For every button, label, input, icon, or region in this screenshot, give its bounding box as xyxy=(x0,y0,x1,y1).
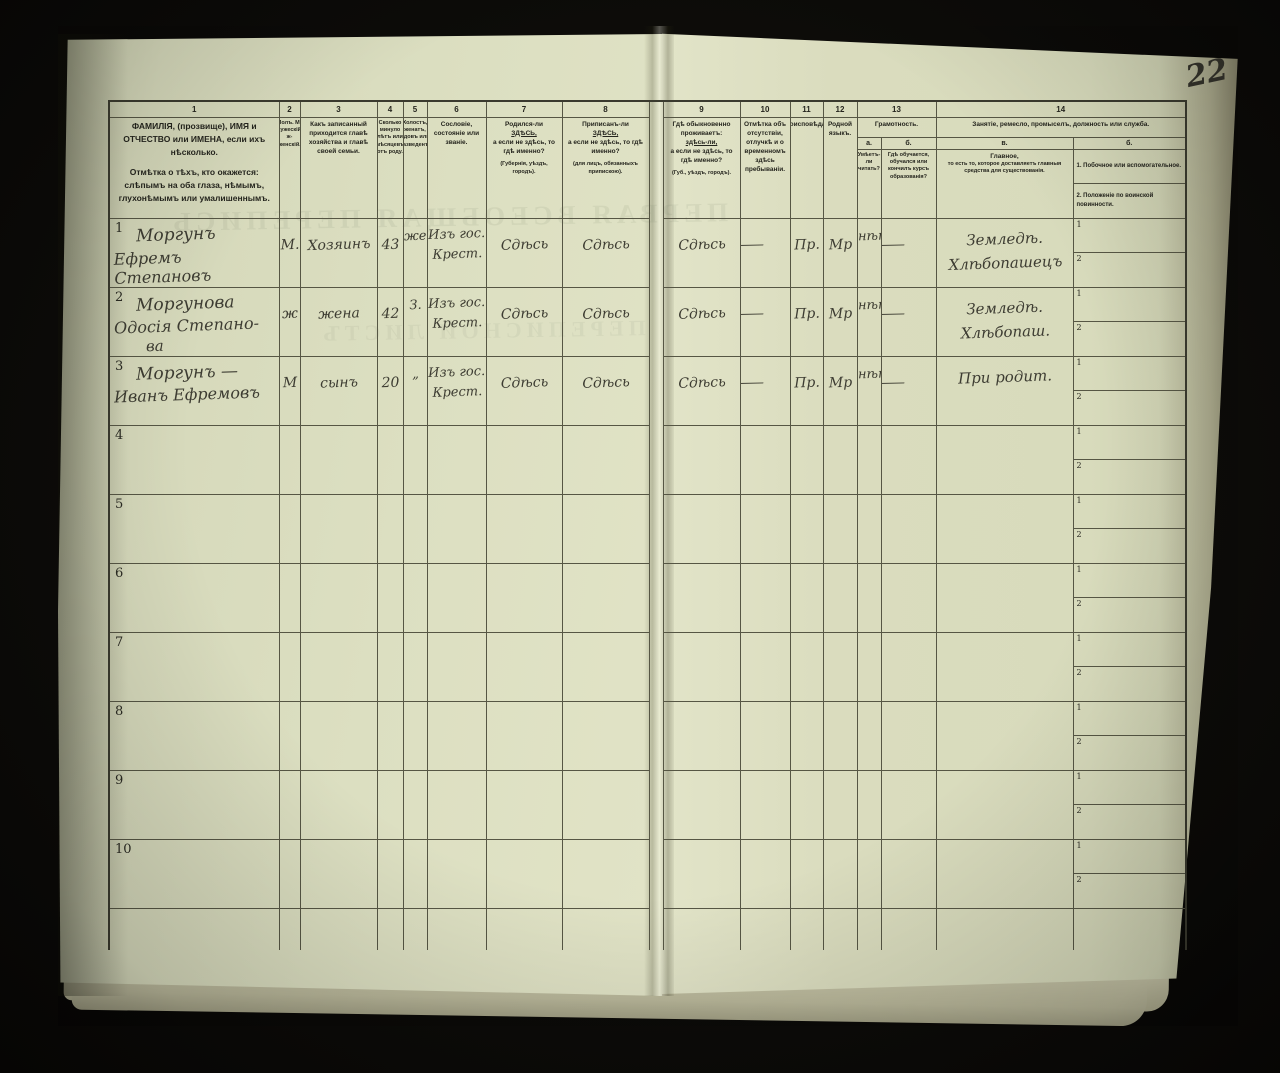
header-registration-text: Приписанъ-ли xyxy=(582,120,629,129)
table-row-empty: 10 1 2 xyxy=(109,839,1186,908)
column-number-5: 5 xyxy=(403,101,427,117)
header-birthplace-text: Родился-ли xyxy=(505,120,543,129)
cell-name: 7 xyxy=(109,632,279,701)
cell-occupation: При родит. xyxy=(936,356,1073,425)
cell-name: 6 xyxy=(109,563,279,632)
cell-side-occupation: 1 2 xyxy=(1073,632,1186,701)
fold-gap xyxy=(649,218,663,287)
cell-age: 42 xyxy=(377,287,403,356)
faith-entry: Пр. xyxy=(790,305,823,322)
header-residence-note: (Губ., уѣздъ, городъ). xyxy=(672,170,731,178)
header-birthplace-here: ЗДѢСЬ, xyxy=(511,129,537,138)
cell-age: 43 xyxy=(377,218,403,287)
cell-language: Мр xyxy=(823,287,857,356)
header-registration: Приписанъ-ли ЗДѢСЬ, а если не здѣсь, то … xyxy=(562,117,649,218)
fold-gap xyxy=(649,563,663,632)
age-entry: 42 xyxy=(377,305,403,322)
fold-gap xyxy=(649,101,663,218)
estate-entry: Изъ гос.Крест. xyxy=(427,292,486,333)
cell-registration: Сдѣсь xyxy=(562,287,649,356)
table-row-empty: 5 1 2 xyxy=(109,494,1186,563)
marital-entry: „ xyxy=(403,366,427,382)
age-entry: 43 xyxy=(377,236,403,253)
header-birthplace-rest: а если не здѣсь, то гдѣ именно? xyxy=(489,138,560,156)
row-number: 4 xyxy=(115,428,123,443)
cell-sex: ж xyxy=(279,287,300,356)
cell-name: 9 xyxy=(109,770,279,839)
header-age: Сколько минуло лѣтъ или мѣсяцевъ отъ род… xyxy=(377,117,403,218)
cell-registration: Сдѣсь xyxy=(562,218,649,287)
column-number-8: 8 xyxy=(562,101,649,117)
cell-estate: Изъ гос.Крест. xyxy=(427,218,486,287)
header-residence-here: здѣсь-ли, xyxy=(686,138,718,147)
estate-entry: Изъ гос.Крест. xyxy=(427,361,486,402)
column-number-3: 3 xyxy=(300,101,377,117)
sub-cell-1: 1 xyxy=(1077,772,1082,781)
header-language: Родной языкъ. xyxy=(823,117,857,218)
column-number-6: 6 xyxy=(427,101,486,117)
relation-entry: жена xyxy=(300,304,377,323)
surname-handwritten: Моргунъ xyxy=(136,223,216,246)
occupation-entry: Земледѣ.Хлѣбопашецъ xyxy=(936,224,1073,277)
header-row: ФАМИЛІЯ, (прозвище), ИМЯ и ОТЧЕСТВО или … xyxy=(109,117,1186,137)
cell-marital: жен. xyxy=(403,218,427,287)
header-sex: Полъ. М-мужескій, ж-женскій. xyxy=(279,117,300,218)
cell-faith: Пр. xyxy=(790,287,823,356)
header-registration-note: (для лицъ, обязанныхъ припискою). xyxy=(565,161,647,176)
sub-cell-2: 2 xyxy=(1077,461,1082,470)
given-name-handwritten: Иванъ Ефремовъ xyxy=(114,382,260,406)
sub-cell-2: 2 xyxy=(1077,392,1082,401)
cell-name: 5 xyxy=(109,494,279,563)
header-letter-13b: б. xyxy=(881,137,936,149)
header-side-occupation-1: 1. Побочное или вспомогательное. xyxy=(1074,150,1186,183)
fold-gap xyxy=(649,425,663,494)
surname-handwritten: Моргунова xyxy=(136,292,235,315)
cell-side-occupation: 1 2 xyxy=(1073,287,1186,356)
fold-gap xyxy=(649,770,663,839)
header-main-occupation-title: Главное, xyxy=(990,152,1018,161)
cell-birthplace: Сдѣсь xyxy=(486,287,562,356)
cell-residence: Сдѣсь xyxy=(663,287,740,356)
cell-side-occupation: 1 2 xyxy=(1073,218,1186,287)
cell-name: 2 Моргунова Одосія Степано- ва xyxy=(109,287,279,356)
column-number-7: 7 xyxy=(486,101,562,117)
column-number-9: 9 xyxy=(663,101,740,117)
literacy-entry: нѣтъ xyxy=(857,228,881,244)
sub-cell-2: 2 xyxy=(1077,530,1082,539)
cell-occupation: Земледѣ.Хлѣбопашецъ xyxy=(936,218,1073,287)
cell-estate: Изъ гос.Крест. xyxy=(427,356,486,425)
occupation-entry: Земледѣ.Хлѣбопаш. xyxy=(936,293,1073,346)
literacy-entry: нѣтъ xyxy=(857,366,881,382)
column-number-10: 10 xyxy=(740,101,790,117)
column-number-11: 11 xyxy=(790,101,823,117)
header-education: Гдѣ обучается, обучался или кончилъ курс… xyxy=(881,149,936,218)
birthplace-entry: Сдѣсь xyxy=(486,304,562,323)
education-entry: — xyxy=(881,374,906,391)
header-main-occupation-text: то есть то, которое доставляетъ главныя … xyxy=(939,161,1071,176)
fold-gap xyxy=(649,632,663,701)
header-name-text: ФАМИЛІЯ, (прозвище), ИМЯ и ОТЧЕСТВО или … xyxy=(118,120,271,160)
sex-entry: М. xyxy=(279,236,300,253)
cell-name: 10 xyxy=(109,839,279,908)
sub-cell-2: 2 xyxy=(1077,668,1082,677)
cell-occupation: Земледѣ.Хлѣбопаш. xyxy=(936,287,1073,356)
table-row-empty: 8 1 2 xyxy=(109,701,1186,770)
row-number: 10 xyxy=(115,842,132,857)
age-entry: 20 xyxy=(377,374,403,391)
cell-residence: Сдѣсь xyxy=(663,356,740,425)
row-number: 5 xyxy=(115,497,123,512)
header-residence: Гдѣ обыкновенно проживаетъ: здѣсь-ли, а … xyxy=(663,117,740,218)
fold-gap xyxy=(649,287,663,356)
residence-entry: Сдѣсь xyxy=(663,304,740,323)
table-row: 3 Моргунъ — Иванъ Ефремовъ М сынъ 20 „ И… xyxy=(109,356,1186,425)
row-number: 2 xyxy=(115,290,123,305)
faith-entry: Пр. xyxy=(790,374,823,391)
column-number-4: 4 xyxy=(377,101,403,117)
cell-faith: Пр. xyxy=(790,356,823,425)
fold-gap xyxy=(649,701,663,770)
cell-side-occupation: 1 2 xyxy=(1073,356,1186,425)
cell-side-occupation: 1 2 xyxy=(1073,563,1186,632)
residence-entry: Сдѣсь xyxy=(663,235,740,254)
sub-cell-1: 1 xyxy=(1077,220,1082,229)
given-name-handwritten: Одосія Степано- xyxy=(114,313,260,337)
sub-cell-1: 1 xyxy=(1077,565,1082,574)
row-number: 1 xyxy=(115,221,123,236)
cell-sex: М xyxy=(279,356,300,425)
sub-cell-1: 1 xyxy=(1077,841,1082,850)
name-continuation: ва xyxy=(146,336,164,355)
registration-entry: Сдѣсь xyxy=(562,304,649,323)
cell-name: 3 Моргунъ — Иванъ Ефремовъ xyxy=(109,356,279,425)
sex-entry: М xyxy=(279,374,300,391)
table-row-empty: 6 1 2 xyxy=(109,563,1186,632)
sub-cell-2: 2 xyxy=(1077,599,1082,608)
marital-entry: З. xyxy=(403,297,427,313)
sub-cell-2: 2 xyxy=(1077,806,1082,815)
education-entry: — xyxy=(881,305,906,322)
registration-entry: Сдѣсь xyxy=(562,373,649,392)
cell-estate: Изъ гос.Крест. xyxy=(427,287,486,356)
cell-side-occupation: 1 2 xyxy=(1073,701,1186,770)
cell-can-read: нѣтъ xyxy=(857,287,881,356)
cell-marital: „ xyxy=(403,356,427,425)
cell-birthplace: Сдѣсь xyxy=(486,218,562,287)
cell-absence: — xyxy=(740,287,790,356)
header-relation: Какъ записанный приходится главѣ хозяйст… xyxy=(300,117,377,218)
language-entry: Мр xyxy=(823,305,857,322)
literacy-entry: нѣтъ xyxy=(857,297,881,313)
sub-cell-1: 1 xyxy=(1077,634,1082,643)
cell-education: — xyxy=(881,356,936,425)
cell-language: Мр xyxy=(823,218,857,287)
sub-cell-1: 1 xyxy=(1077,358,1082,367)
header-can-read: Умѣетъ-ли читать? xyxy=(857,149,881,218)
census-table: 1 2 3 4 5 6 7 8 9 10 11 12 13 14 ФАМИЛІЯ… xyxy=(108,100,1187,950)
column-number-14: 14 xyxy=(936,101,1186,117)
header-occupation: Занятіе, ремесло, промыселъ, должность и… xyxy=(936,117,1186,137)
cell-birthplace: Сдѣсь xyxy=(486,356,562,425)
cell-name: 1 Моргунъ Ефремъ Степановъ xyxy=(109,218,279,287)
absence-entry: — xyxy=(740,236,765,253)
sub-cell-2: 2 xyxy=(1077,737,1082,746)
cell-side-occupation: 1 2 xyxy=(1073,494,1186,563)
header-estate: Сословіе, состояніе или званіе. xyxy=(427,117,486,218)
relation-entry: Хозяинъ xyxy=(300,235,377,254)
cell-residence: Сдѣсь xyxy=(663,218,740,287)
cell-absence: — xyxy=(740,218,790,287)
occupation-entry: При родит. xyxy=(936,362,1073,391)
cell-relation: жена xyxy=(300,287,377,356)
header-letter-14a: в. xyxy=(936,137,1073,149)
cell-education: — xyxy=(881,218,936,287)
cell-relation: сынъ xyxy=(300,356,377,425)
table-row-empty: 4 1 2 xyxy=(109,425,1186,494)
census-book-photo: ПЕРВАЯ ВСЕОБЩАЯ ПЕРЕПИСЬ ПЕРЕПИСНОЙ ЛИСТ… xyxy=(58,26,1238,1026)
residence-entry: Сдѣсь xyxy=(663,373,740,392)
fold-gap xyxy=(649,356,663,425)
cell-can-read: нѣтъ xyxy=(857,356,881,425)
header-marital: Холостъ, женатъ, вдовъ или разведенъ. xyxy=(403,117,427,218)
column-number-1: 1 xyxy=(109,101,279,117)
row-number: 8 xyxy=(115,704,123,719)
cell-sex: М. xyxy=(279,218,300,287)
header-birthplace-note: (Губернія, уѣздъ, городъ). xyxy=(489,161,560,176)
header-birthplace: Родился-ли ЗДѢСЬ, а если не здѣсь, то гд… xyxy=(486,117,562,218)
header-residence-rest: а если не здѣсь, то гдѣ именно? xyxy=(666,147,738,165)
header-registration-rest: а если не здѣсь, то гдѣ именно? xyxy=(565,138,647,156)
birthplace-entry: Сдѣсь xyxy=(486,373,562,392)
given-name-handwritten: Ефремъ Степановъ xyxy=(113,244,279,287)
header-registration-here: ЗДѢСЬ, xyxy=(593,129,619,138)
birthplace-entry: Сдѣсь xyxy=(486,235,562,254)
cell-registration: Сдѣсь xyxy=(562,356,649,425)
sub-cell-1: 1 xyxy=(1077,289,1082,298)
header-absence: Отмѣтка объ отсутствіи, отлучкѣ и о врем… xyxy=(740,117,790,218)
marital-entry: жен. xyxy=(403,228,427,244)
estate-entry: Изъ гос.Крест. xyxy=(427,223,486,264)
cell-education: — xyxy=(881,287,936,356)
header-infirmity-note: Отмѣтка о тѣхъ, кто окажется: слѣпымъ на… xyxy=(118,166,271,206)
row-number: 7 xyxy=(115,635,123,650)
cell-name: 4 xyxy=(109,425,279,494)
cell-relation: Хозяинъ xyxy=(300,218,377,287)
column-number-13: 13 xyxy=(857,101,936,117)
registration-entry: Сдѣсь xyxy=(562,235,649,254)
cell-faith: Пр. xyxy=(790,218,823,287)
column-number-2: 2 xyxy=(279,101,300,117)
sub-cell-2: 2 xyxy=(1077,254,1082,263)
header-letter-14b: б. xyxy=(1073,137,1186,149)
absence-entry: — xyxy=(740,374,765,391)
cell-side-occupation: 1 2 xyxy=(1073,839,1186,908)
cell-can-read: нѣтъ xyxy=(857,218,881,287)
header-main-occupation: Главное, то есть то, которое доставляетъ… xyxy=(936,149,1073,218)
education-entry: — xyxy=(881,236,906,253)
sub-cell-2: 2 xyxy=(1077,323,1082,332)
language-entry: Мр xyxy=(823,236,857,253)
cell-age: 20 xyxy=(377,356,403,425)
cell-side-occupation: 1 2 xyxy=(1073,425,1186,494)
row-number: 9 xyxy=(115,773,123,788)
cell-side-occupation: 1 2 xyxy=(1073,770,1186,839)
table-row-empty: 9 1 2 xyxy=(109,770,1186,839)
table-row-empty: 7 1 2 xyxy=(109,632,1186,701)
surname-handwritten: Моргунъ — xyxy=(136,361,239,385)
language-entry: Мр xyxy=(823,374,857,391)
faith-entry: Пр. xyxy=(790,236,823,253)
sub-cell-1: 1 xyxy=(1077,496,1082,505)
header-literacy: Грамотность. xyxy=(857,117,936,137)
table-row: 2 Моргунова Одосія Степано- ва ж жена 42… xyxy=(109,287,1186,356)
table-row: 1 Моргунъ Ефремъ Степановъ М. Хозяинъ 43… xyxy=(109,218,1186,287)
header-residence-text: Гдѣ обыкновенно проживаетъ: xyxy=(666,120,738,138)
column-number-12: 12 xyxy=(823,101,857,117)
fold-gap xyxy=(649,839,663,908)
sub-cell-1: 1 xyxy=(1077,427,1082,436)
sub-cell-2: 2 xyxy=(1077,875,1082,884)
header-name-column: ФАМИЛІЯ, (прозвище), ИМЯ и ОТЧЕСТВО или … xyxy=(109,117,279,218)
cell-language: Мр xyxy=(823,356,857,425)
header-military-status: 2. Положеніе по воинской повинности. xyxy=(1074,184,1186,218)
cell-name: 8 xyxy=(109,701,279,770)
header-letter-13a: а. xyxy=(857,137,881,149)
relation-entry: сынъ xyxy=(300,373,377,392)
absence-entry: — xyxy=(740,305,765,322)
row-number: 3 xyxy=(115,359,123,374)
fold-gap xyxy=(649,494,663,563)
row-number: 6 xyxy=(115,566,123,581)
cell-absence: — xyxy=(740,356,790,425)
column-number-row: 1 2 3 4 5 6 7 8 9 10 11 12 13 14 xyxy=(109,101,1186,117)
sub-cell-1: 1 xyxy=(1077,703,1082,712)
header-faith: Вѣроисповѣданіе. xyxy=(790,117,823,218)
header-side-occupation: 1. Побочное или вспомогательное. 2. Поло… xyxy=(1073,149,1186,218)
cell-marital: З. xyxy=(403,287,427,356)
sex-entry: ж xyxy=(279,305,300,322)
rule-stub-row xyxy=(109,908,1186,950)
